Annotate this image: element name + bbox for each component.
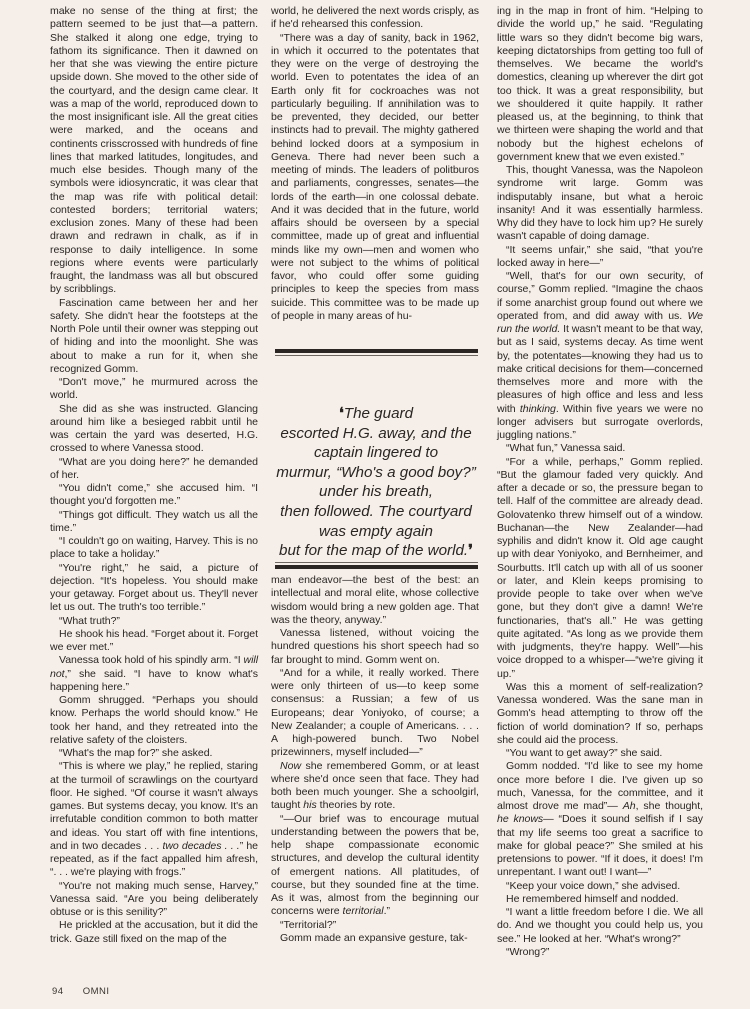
article-column-3: ing in the map in front of him. “Helping… [497, 5, 703, 959]
paragraph: She did as she was instructed. Glancing … [50, 403, 258, 456]
paragraph: make no sense of the thing at first; the… [50, 5, 258, 297]
paragraph: “You didn't come,” she accused him. “I t… [50, 482, 258, 509]
paragraph: “Keep your voice down,” she advised. [497, 880, 703, 893]
emphasis: his [303, 799, 316, 811]
paragraph: “It seems unfair,” she said, “that you'r… [497, 244, 703, 271]
text-run: theories by rote. [317, 799, 396, 811]
magazine-name: OMNI [83, 986, 110, 997]
paragraph: “This is where we play,” he replied, sta… [50, 760, 258, 879]
pullquote-rule-top [275, 349, 478, 353]
paragraph: “—Our brief was to encourage mutual unde… [271, 813, 479, 919]
emphasis: territorial [343, 905, 384, 917]
paragraph: “Things got difficult. They watch us all… [50, 509, 258, 536]
paragraph: ing in the map in front of him. “Helping… [497, 5, 703, 164]
paragraph: “I couldn't go on waiting, Harvey. This … [50, 535, 258, 562]
pullquote-line: escorted H.G. away, and the [272, 424, 480, 444]
close-quote-icon: ❜ [468, 541, 473, 559]
article-column-2-top: world, he delivered the next words crisp… [271, 5, 479, 323]
paragraph: “What fun,” Vanessa said. [497, 442, 703, 455]
paragraph: “You're not making much sense, Harvey,” … [50, 880, 258, 920]
paragraph: Gomm nodded. “I'd like to see my home on… [497, 760, 703, 879]
pullquote-line: was empty again [272, 522, 480, 542]
paragraph: Now she remembered Gomm, or at least whe… [271, 760, 479, 813]
paragraph: man endeavor—the best of the best: an in… [271, 574, 479, 627]
pullquote-rule-bottom [275, 565, 478, 569]
paragraph: “For a while, perhaps,” Gomm replied. “B… [497, 456, 703, 681]
pullquote-rule-top-thin [275, 355, 478, 356]
paragraph: “Well, that's for our own security, of c… [497, 270, 703, 442]
pullquote-text: but for the map of the world. [279, 542, 468, 559]
text-run: “Well, that's for our own security, of c… [497, 270, 703, 322]
paragraph: “What are you doing here?” he demanded o… [50, 456, 258, 483]
paragraph: He shook his head. “Forget about it. For… [50, 628, 258, 655]
paragraph: “You're right,” he said, a picture of de… [50, 562, 258, 615]
text-run: Vanessa took hold of his spindly arm. “I [59, 654, 244, 666]
article-column-1: make no sense of the thing at first; the… [50, 5, 258, 946]
paragraph: “And for a while, it really worked. Ther… [271, 667, 479, 760]
paragraph: This, thought Vanessa, was the Napoleon … [497, 164, 703, 244]
magazine-page: make no sense of the thing at first; the… [0, 0, 750, 1009]
pullquote-line: but for the map of the world.❜ [272, 541, 480, 561]
pullquote-text: The guard [344, 405, 413, 422]
pullquote-line: ❛The guard [272, 404, 480, 424]
pullquote-line: under his breath, [272, 482, 480, 502]
page-folio: 94 OMNI [52, 986, 126, 997]
paragraph: Was this a moment of self-realization? V… [497, 681, 703, 747]
pullquote-line: then followed. The courtyard [272, 502, 480, 522]
paragraph: Vanessa took hold of his spindly arm. “I… [50, 654, 258, 694]
paragraph: Gomm made an expansive gesture, tak- [271, 932, 479, 945]
paragraph: “Territorial?” [271, 919, 479, 932]
pullquote: ❛The guard escorted H.G. away, and the c… [272, 404, 480, 561]
paragraph: “What's the map for?” she asked. [50, 747, 258, 760]
paragraph: “There was a day of sanity, back in 1962… [271, 32, 479, 324]
pullquote-line: captain lingered to [272, 443, 480, 463]
paragraph: “You want to get away?” she said. [497, 747, 703, 760]
paragraph: He prickled at the accusation, but it di… [50, 919, 258, 946]
paragraph: Fascination came between her and her saf… [50, 297, 258, 377]
paragraph: world, he delivered the next words crisp… [271, 5, 479, 32]
emphasis: Now [280, 760, 301, 772]
article-column-2-bottom: man endeavor—the best of the best: an in… [271, 574, 479, 945]
pullquote-line: murmur, “Who's a good boy?” [272, 463, 480, 483]
paragraph: He remembered himself and nodded. [497, 893, 703, 906]
paragraph: “What truth?” [50, 615, 258, 628]
paragraph: “Don't move,” he murmured across the wor… [50, 376, 258, 403]
emphasis: Ah [623, 800, 636, 812]
paragraph: “I want a little freedom before I die. W… [497, 906, 703, 946]
text-run: “—Our brief was to encourage mutual unde… [271, 813, 479, 918]
text-run: ,” she said. “I have to know what's happ… [50, 668, 258, 693]
page-number: 94 [52, 986, 64, 997]
pullquote-rule-bottom-thin [275, 562, 478, 563]
emphasis: two decades . . . [162, 840, 239, 852]
emphasis: he knows [497, 813, 543, 825]
text-run: , she thought, [636, 800, 703, 812]
paragraph: Gomm shrugged. “Perhaps you should know.… [50, 694, 258, 747]
paragraph: Vanessa listened, without voicing the hu… [271, 627, 479, 667]
paragraph: “Wrong?” [497, 946, 703, 959]
emphasis: thinking [520, 403, 556, 415]
text-run: “This is where we play,” he replied, sta… [50, 760, 258, 852]
text-run: It wasn't meant to be that way, but as I… [497, 323, 703, 415]
text-run: .” [384, 905, 390, 917]
